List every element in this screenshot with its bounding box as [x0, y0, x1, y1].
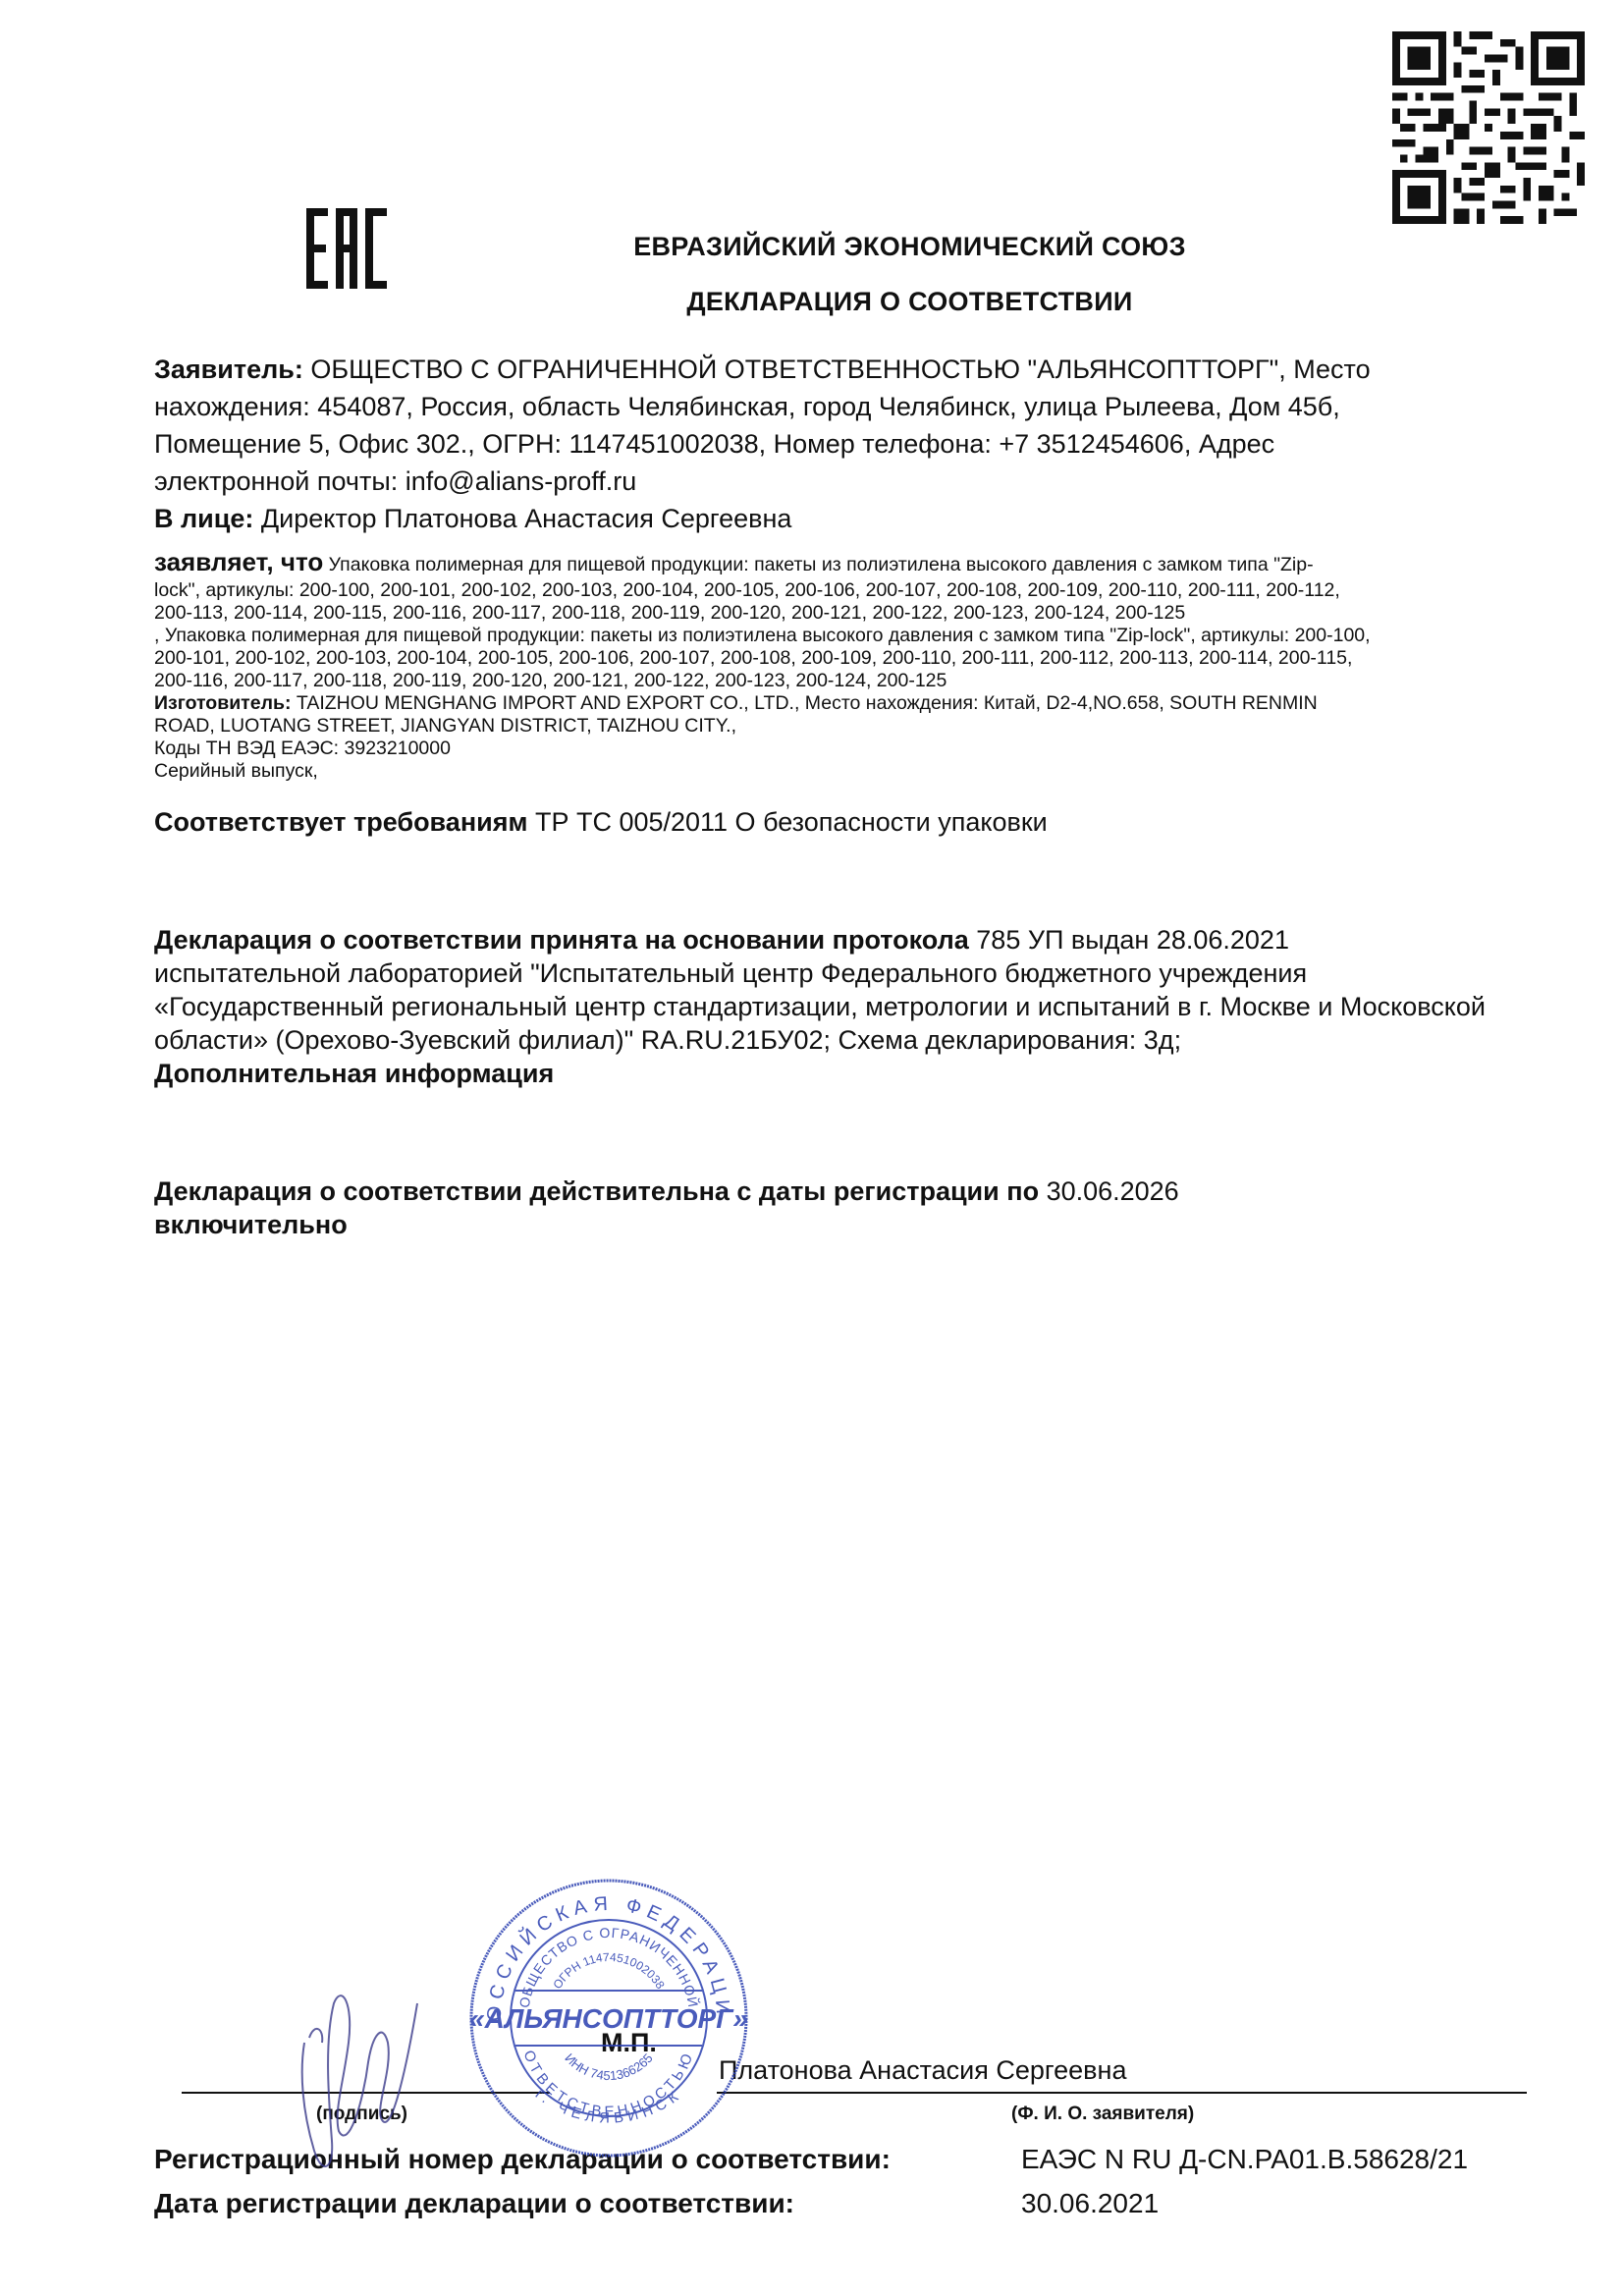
declares-line-6: 200-116, 200-117, 200-118, 200-119, 200-… [154, 670, 1558, 692]
fio-caption: (Ф. И. О. заявителя) [1011, 2104, 1194, 2125]
applicant-line-4: электронной почты: info@alians-proff.ru [154, 463, 1558, 500]
handwritten-signature-icon [295, 1984, 422, 2180]
svg-text:«АЛЬЯНСОПТТОРГ»: «АЛЬЯНСОПТТОРГ» [469, 2003, 748, 2034]
applicant-fio: Платонова Анастасия Сергеевна [719, 2055, 1126, 2086]
applicant-label: Заявитель: [154, 355, 303, 384]
registration-number-value: ЕАЭС N RU Д-CN.PA01.B.58628/21 [1021, 2144, 1468, 2175]
declares-line-1: заявляет, что Упаковка полимерная для пи… [154, 547, 1558, 579]
qr-code-icon [1392, 31, 1585, 224]
declares-line-5: 200-101, 200-102, 200-103, 200-104, 200-… [154, 647, 1558, 670]
declares-line-3: 200-113, 200-114, 200-115, 200-116, 200-… [154, 602, 1558, 625]
representative-label: В лице: [154, 504, 253, 533]
manufacturer-line-1: Изготовитель: TAIZHOU MENGHANG IMPORT AN… [154, 692, 1558, 715]
declares-label: заявляет, что [154, 547, 323, 576]
applicant-line-3: Помещение 5, Офис 302., ОГРН: 1147451002… [154, 425, 1558, 463]
declares-section: заявляет, что Упаковка полимерная для пи… [154, 547, 1558, 783]
validity-line-1: Декларация о соответствии действительна … [154, 1175, 1558, 1208]
applicant-name-line [717, 2092, 1527, 2094]
compliance-line: Соответствует требованиям ТР ТС 005/2011… [154, 805, 1558, 839]
basis-section: Декларация о соответствии принята на осн… [154, 923, 1558, 1090]
basis-line-1: Декларация о соответствии принята на осн… [154, 923, 1558, 957]
svg-text:ОТВЕТСТВЕННОСТЬЮ: ОТВЕТСТВЕННОСТЬЮ [520, 2048, 698, 2120]
registration-date-label: Дата регистрации декларации о соответств… [154, 2188, 794, 2219]
additional-info-label: Дополнительная информация [154, 1057, 1558, 1090]
serial-production: Серийный выпуск, [154, 760, 1558, 783]
validity-label: Декларация о соответствии действительна … [154, 1176, 1039, 1206]
applicant-line-1: Заявитель: ОБЩЕСТВО С ОГРАНИЧЕННОЙ ОТВЕТ… [154, 351, 1558, 388]
manufacturer-label: Изготовитель: [154, 692, 291, 714]
svg-text:ОГРН 1147451002038: ОГРН 1147451002038 [550, 1950, 668, 1992]
representative-line: В лице: Директор Платонова Анастасия Сер… [154, 500, 1558, 537]
hs-codes: Коды ТН ВЭД ЕАЭС: 3923210000 [154, 738, 1558, 760]
validity-date: 30.06.2026 [1039, 1176, 1179, 1206]
applicant-section: Заявитель: ОБЩЕСТВО С ОГРАНИЧЕННОЙ ОТВЕТ… [154, 351, 1558, 537]
manufacturer-line-2: ROAD, LUOTANG STREET, JIANGYAN DISTRICT,… [154, 715, 1558, 738]
applicant-line-2: нахождения: 454087, Россия, область Челя… [154, 388, 1558, 425]
svg-text:ИНН 7451366265: ИНН 7451366265 [562, 2050, 655, 2083]
basis-line-3: «Государственный региональный центр стан… [154, 990, 1558, 1023]
registration-date-value: 30.06.2021 [1021, 2188, 1159, 2219]
company-seal-icon: РОССИЙСКАЯ ФЕДЕРАЦИЯ ОБЩЕСТВО С ОГРАНИЧЕ… [461, 1871, 756, 2165]
document-title: ДЕКЛАРАЦИЯ О СООТВЕТСТВИИ [0, 287, 1623, 317]
basis-line-4: области» (Орехово-Зуевский филиал)" RA.R… [154, 1023, 1558, 1057]
union-title: ЕВРАЗИЙСКИЙ ЭКОНОМИЧЕСКИЙ СОЮЗ [0, 232, 1623, 262]
declares-line-2: lock", артикулы: 200-100, 200-101, 200-1… [154, 579, 1558, 602]
validity-section: Декларация о соответствии действительна … [154, 1175, 1558, 1241]
basis-line-2: испытательной лабораторией "Испытательны… [154, 957, 1558, 990]
declares-line-4: , Упаковка полимерная для пищевой продук… [154, 625, 1558, 647]
compliance-value: ТР ТС 005/2011 О безопасности упаковки [527, 807, 1047, 837]
compliance-label: Соответствует требованиям [154, 807, 527, 837]
validity-inclusive: включительно [154, 1208, 1558, 1241]
basis-label: Декларация о соответствии принята на осн… [154, 925, 969, 955]
